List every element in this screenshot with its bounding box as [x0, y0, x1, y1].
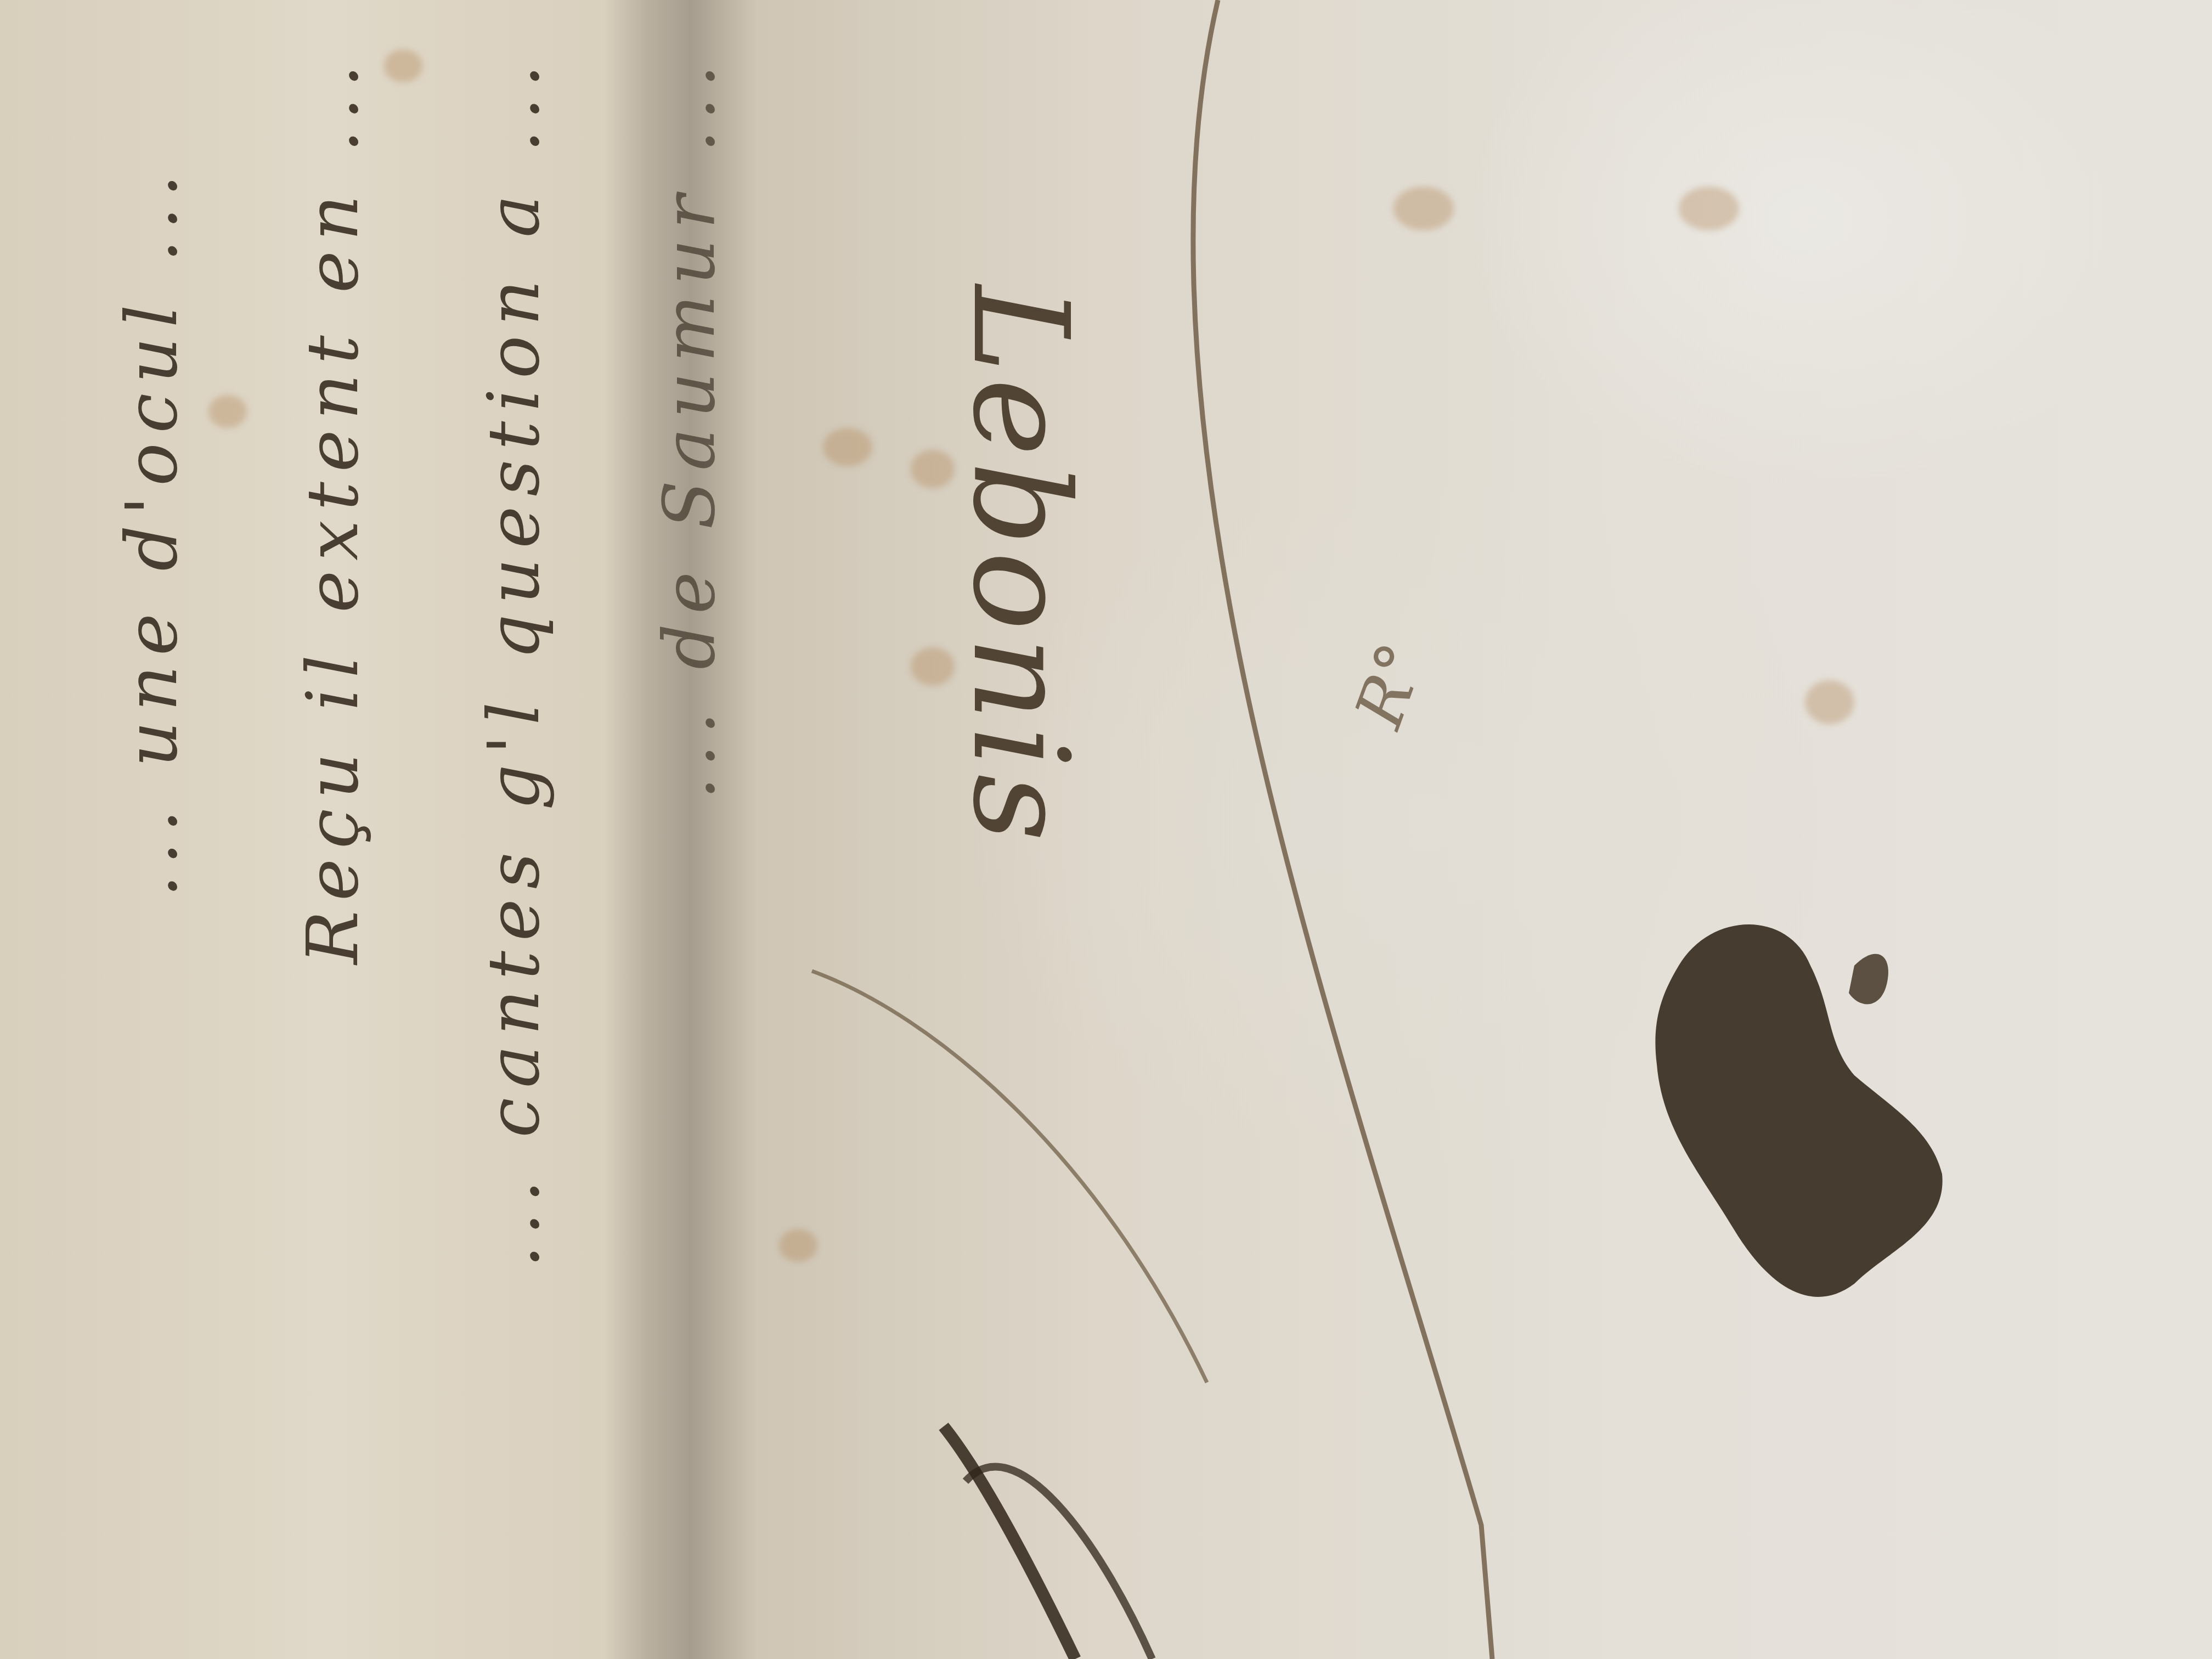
foxing-stain	[1393, 187, 1454, 230]
text-line-4-content: ... de Saumur ...	[647, 55, 731, 800]
foxing-stain	[823, 428, 872, 466]
text-line-2: Reçu il extent en ...	[291, 0, 422, 1659]
text-line-3: ... cantes g'l question a ...	[472, 0, 603, 1659]
registry-mark: R°	[1341, 634, 1441, 737]
signature: Lebonis	[944, 285, 1097, 847]
manuscript-page: ... une d'ocul ... Reçu il extent en ...…	[0, 0, 2212, 1659]
text-line-1: ... une d'ocul ...	[110, 0, 241, 1659]
text-line-1-content: ... une d'ocul ...	[110, 165, 193, 898]
foxing-stain	[1805, 680, 1854, 724]
foxing-stain	[1679, 187, 1739, 230]
ink-blot	[1646, 900, 1953, 1317]
foxing-stain	[779, 1229, 817, 1262]
text-line-4: ... de Saumur ...	[647, 0, 779, 1659]
text-line-2-content: Reçu il extent en ...	[291, 55, 374, 964]
text-line-3-content: ... cantes g'l question a ...	[472, 55, 555, 1268]
